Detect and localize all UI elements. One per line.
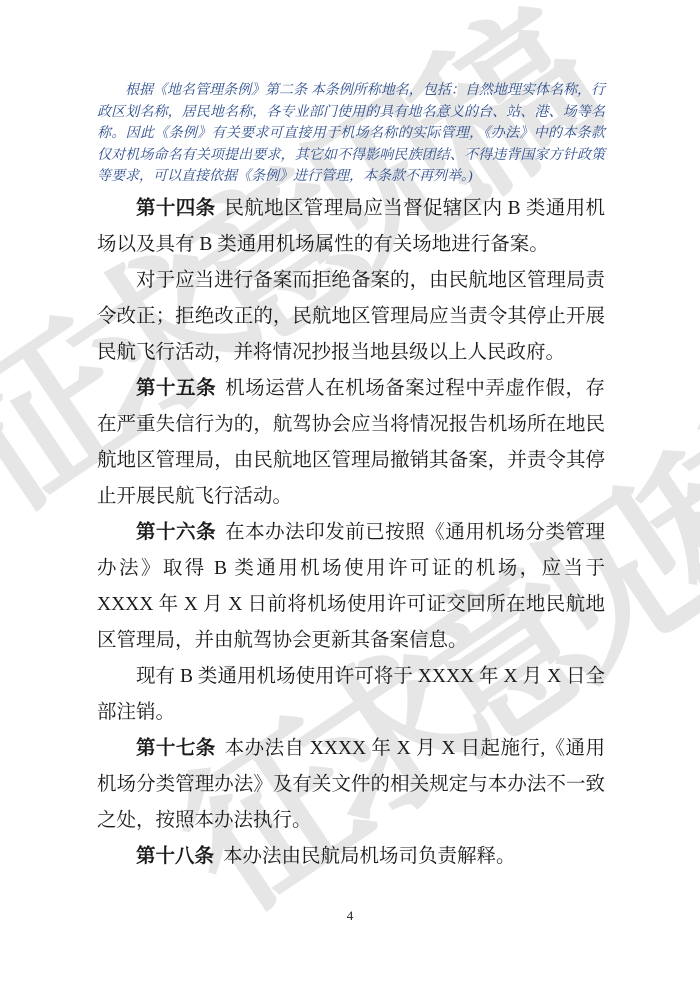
body-paragraph: 第十六条在本办法印发前已按照《通用机场分类管理办法》取得 B 类通用机场使用许可… bbox=[97, 515, 605, 659]
body-paragraph: 第十四条民航地区管理局应当督促辖区内 B 类通用机场以及具有 B 类通用机场属性… bbox=[97, 191, 605, 263]
article-number: 第十七条 bbox=[136, 738, 216, 759]
article-number: 第十四条 bbox=[136, 198, 215, 219]
article-number: 第十八条 bbox=[136, 846, 214, 867]
body-text: 第十四条民航地区管理局应当督促辖区内 B 类通用机场以及具有 B 类通用机场属性… bbox=[97, 191, 605, 875]
annotation-note: 根据《地名管理条例》第二条 本条例所称地名，包括：自然地理实体名称，行政区划名称… bbox=[97, 80, 605, 188]
article-text: 现有 B 类通用机场使用许可将于 XXXX 年 X 月 X 日全部注销。 bbox=[97, 666, 605, 723]
body-paragraph: 对于应当进行备案而拒绝备案的，由民航地区管理局责令改正；拒绝改正的，民航地区管理… bbox=[97, 263, 605, 371]
article-text: 对于应当进行备案而拒绝备案的，由民航地区管理局责令改正；拒绝改正的，民航地区管理… bbox=[97, 270, 605, 363]
body-paragraph: 现有 B 类通用机场使用许可将于 XXXX 年 X 月 X 日全部注销。 bbox=[97, 659, 605, 731]
body-paragraph: 第十七条本办法自 XXXX 年 X 月 X 日起施行,《通用机场分类管理办法》及… bbox=[97, 731, 605, 839]
body-paragraph: 第十八条本办法由民航局机场司负责解释。 bbox=[97, 839, 605, 875]
article-number: 第十六条 bbox=[136, 522, 216, 543]
article-number: 第十五条 bbox=[136, 378, 216, 399]
page-number: 4 bbox=[0, 908, 700, 924]
document-page: 征求意见稿 征求意见稿 根据《地名管理条例》第二条 本条例所称地名，包括：自然地… bbox=[0, 0, 700, 990]
article-text: 本办法由民航局机场司负责解释。 bbox=[223, 846, 516, 867]
body-paragraph: 第十五条机场运营人在机场备案过程中弄虚作假，存在严重失信行为的，航驾协会应当将情… bbox=[97, 371, 605, 515]
